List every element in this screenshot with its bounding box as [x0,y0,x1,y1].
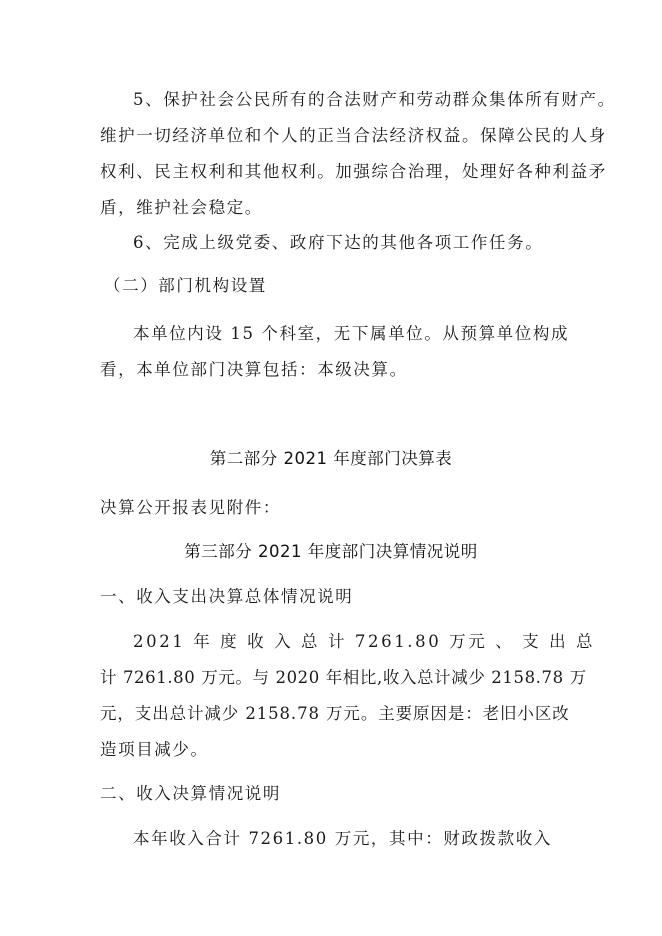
org-line-2: 看，本单位部门决算包括：本级决算。 [100,356,408,380]
section1-heading: 一、收入支出决算总体情况说明 [100,583,353,607]
part3-title: 第三部分 2021 年度部门决算情况说明 [0,538,662,562]
overall-line-1: 2021 年 度 收 入 总 计 7261.80 万元 、 支 出 总 [133,628,595,652]
item5-line-3: 权利、民主权利和其他权利。加强综合治理，处理好各种利益矛 [100,158,607,182]
income-paragraph: 本年收入合计 7261.80 万元，其中：财政拨款收入 [133,825,552,849]
overall-line-2: 计 7261.80 万元。与 2020 年相比,收入总计减少 2158.78 万 [100,664,587,688]
item5-line-4: 盾，维护社会稳定。 [100,194,263,218]
part2-note: 决算公开报表见附件： [100,494,281,518]
section2-heading: 二、收入决算情况说明 [100,780,281,804]
item6-paragraph: 6、完成上级党委、政府下达的其他各项工作任务。 [133,229,543,253]
part2-title: 第二部分 2021 年度部门决算表 [0,445,662,469]
org-section-heading: （二）部门机构设置 [104,272,267,296]
item5-line-2: 维护一切经济单位和个人的正当合法经济权益。保障公民的人身 [100,122,607,146]
overall-line-3: 元，支出总计减少 2158.78 万元。主要原因是：老旧小区改 [100,700,570,724]
item5-line-1: 5、保护社会公民所有的合法财产和劳动群众集体所有财产。 [133,86,616,110]
org-line-1: 本单位内设 15 个科室，无下属单位。从预算单位构成 [133,320,569,344]
overall-line-4: 造项目减少。 [100,736,209,760]
